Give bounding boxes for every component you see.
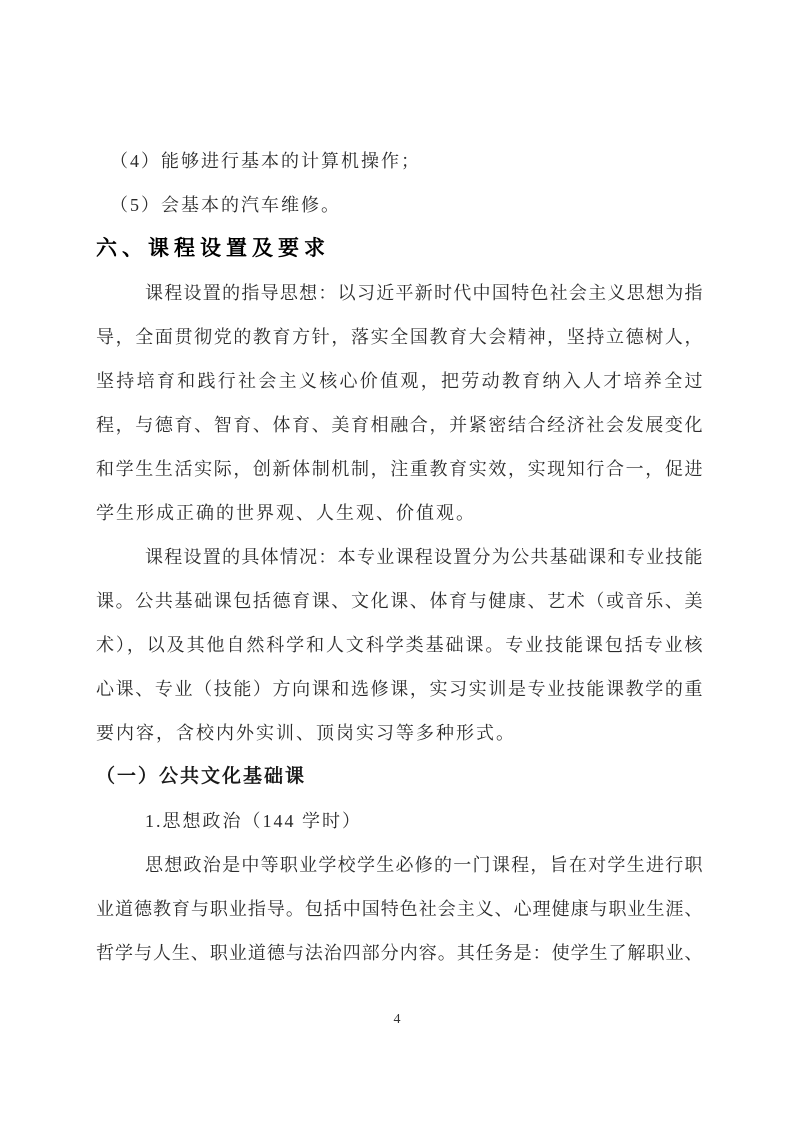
- section-heading-курс: 六、课程设置及要求: [96, 227, 703, 271]
- list-item-5: （5）会基本的汽车维修。: [96, 183, 703, 227]
- text-line: 课。公共基础课包括德育课、文化课、体育与健康、艺术（或音乐、美: [96, 579, 703, 623]
- text-line: 课程设置的具体情况：本专业课程设置分为公共基础课和专业技能: [96, 535, 703, 579]
- page-number: 4: [0, 1010, 794, 1030]
- text-line: 思想政治是中等职业学校学生必修的一门课程，旨在对学生进行职: [96, 843, 703, 887]
- text-line: 导，全面贯彻党的教育方针，落实全国教育大会精神，坚持立德树人，: [96, 315, 703, 359]
- text-line: 和学生生活实际，创新体制机制，注重教育实效，实现知行合一，促进: [96, 447, 703, 491]
- text-line: 坚持培育和践行社会主义核心价值观，把劳动教育纳入人才培养全过: [96, 359, 703, 403]
- text-line: 课程设置的指导思想：以习近平新时代中国特色社会主义思想为指: [96, 271, 703, 315]
- document-page: （4）能够进行基本的计算机操作； （5）会基本的汽车维修。 六、课程设置及要求 …: [0, 0, 794, 1122]
- course-title: 1.思想政治（144 学时）: [96, 799, 703, 843]
- text-line: 术），以及其他自然科学和人文科学类基础课。专业技能课包括专业核: [96, 623, 703, 667]
- text-line: 心课、专业（技能）方向课和选修课，实习实训是专业技能课教学的重: [96, 667, 703, 711]
- text-line: 哲学与人生、职业道德与法治四部分内容。其任务是：使学生了解职业、: [96, 931, 703, 975]
- text-line: 要内容，含校内外实训、顶岗实习等多种形式。: [96, 711, 703, 755]
- list-item-4: （4）能够进行基本的计算机操作；: [96, 139, 703, 183]
- document-body: （4）能够进行基本的计算机操作； （5）会基本的汽车维修。 六、课程设置及要求 …: [96, 139, 703, 975]
- text-line: 业道德教育与职业指导。包括中国特色社会主义、心理健康与职业生涯、: [96, 887, 703, 931]
- text-line: 学生形成正确的世界观、人生观、价值观。: [96, 491, 703, 535]
- subsection-heading: （一）公共文化基础课: [96, 755, 703, 799]
- text-line: 程，与德育、智育、体育、美育相融合，并紧密结合经济社会发展变化: [96, 403, 703, 447]
